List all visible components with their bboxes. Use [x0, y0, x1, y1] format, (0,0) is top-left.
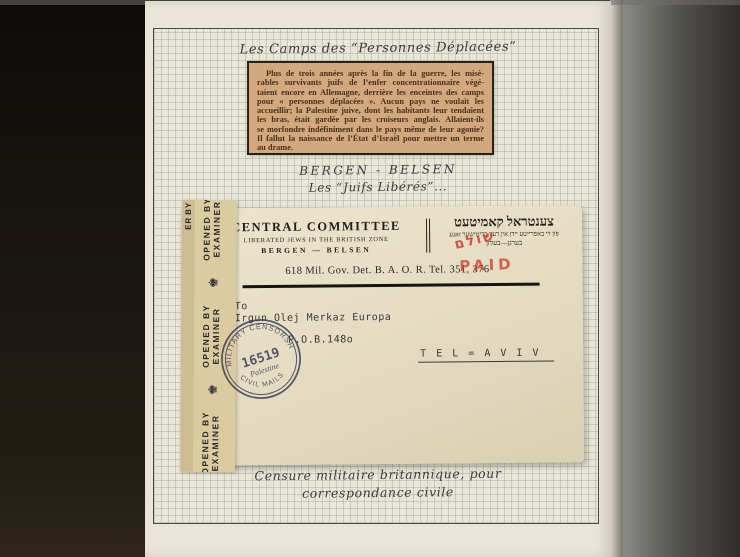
opened-by-examiner-text: OPENED BY EXAMINER — [201, 200, 228, 266]
tape-line2: EXAMINER — [210, 407, 221, 473]
address-city: T E L = A V I V — [418, 348, 554, 363]
sender-en-line3: BERGEN — BELSEN — [210, 245, 422, 256]
album-page-edge — [610, 0, 623, 557]
header-horizontal-rule — [243, 283, 540, 289]
clipping-line: accueillir; la Palestine juive, dont les… — [257, 106, 484, 115]
sender-he-line1: צענטראל קאמיטעט — [434, 213, 574, 230]
tape-line1: OPENED BY — [201, 200, 212, 266]
tape-line2: EXAMINER — [211, 200, 222, 266]
sender-block-english: CENTRAL COMMITTEE LIBERATED JEWS IN THE … — [210, 219, 422, 256]
sender-divider-rule — [426, 219, 430, 253]
crown-icon: ♚ — [206, 384, 221, 395]
tape-edge-fragment: ER — [184, 217, 193, 230]
tape-line1: OPENED BY — [200, 407, 211, 473]
crown-icon: ♚ — [206, 277, 221, 288]
censor-tape-edge: BY ER — [180, 204, 195, 472]
clipping-line: rables survivants juifs de l’enfer conce… — [257, 78, 484, 87]
tape-edge-fragment: BY — [184, 202, 193, 215]
clipping-line: pour « personnes déplacées ». Aucun pays… — [257, 97, 484, 106]
clipping-line: Plus de trois années après la fin de la … — [257, 69, 484, 78]
sender-en-line1: CENTRAL COMMITTEE — [210, 219, 422, 236]
clipping-line: taient encore en Allemagne, derrière les… — [257, 88, 484, 97]
photo-background-left — [0, 0, 146, 557]
paid-handstamp: PAID — [459, 255, 515, 275]
clipping-line: Il fallut la naissance de l’État d’Israë… — [257, 134, 484, 143]
sender-en-line2: LIBERATED JEWS IN THE BRITISH ZONE — [210, 236, 422, 245]
clipping-line: se morfondre indéfiniment dans le pays m… — [257, 125, 484, 134]
album-page: Les Camps des “Personnes Déplacées” Plus… — [145, 1, 611, 557]
clipping-line: au drame. — [257, 143, 484, 152]
address-to-label: To — [235, 301, 248, 312]
photo-background-right — [623, 0, 740, 557]
newspaper-clipping: Plus de trois années après la fin de la … — [247, 61, 494, 155]
opened-by-examiner-text: OPENED BY EXAMINER — [200, 407, 227, 473]
clipping-line: les bras, était gardée par les croiseurs… — [257, 115, 484, 124]
